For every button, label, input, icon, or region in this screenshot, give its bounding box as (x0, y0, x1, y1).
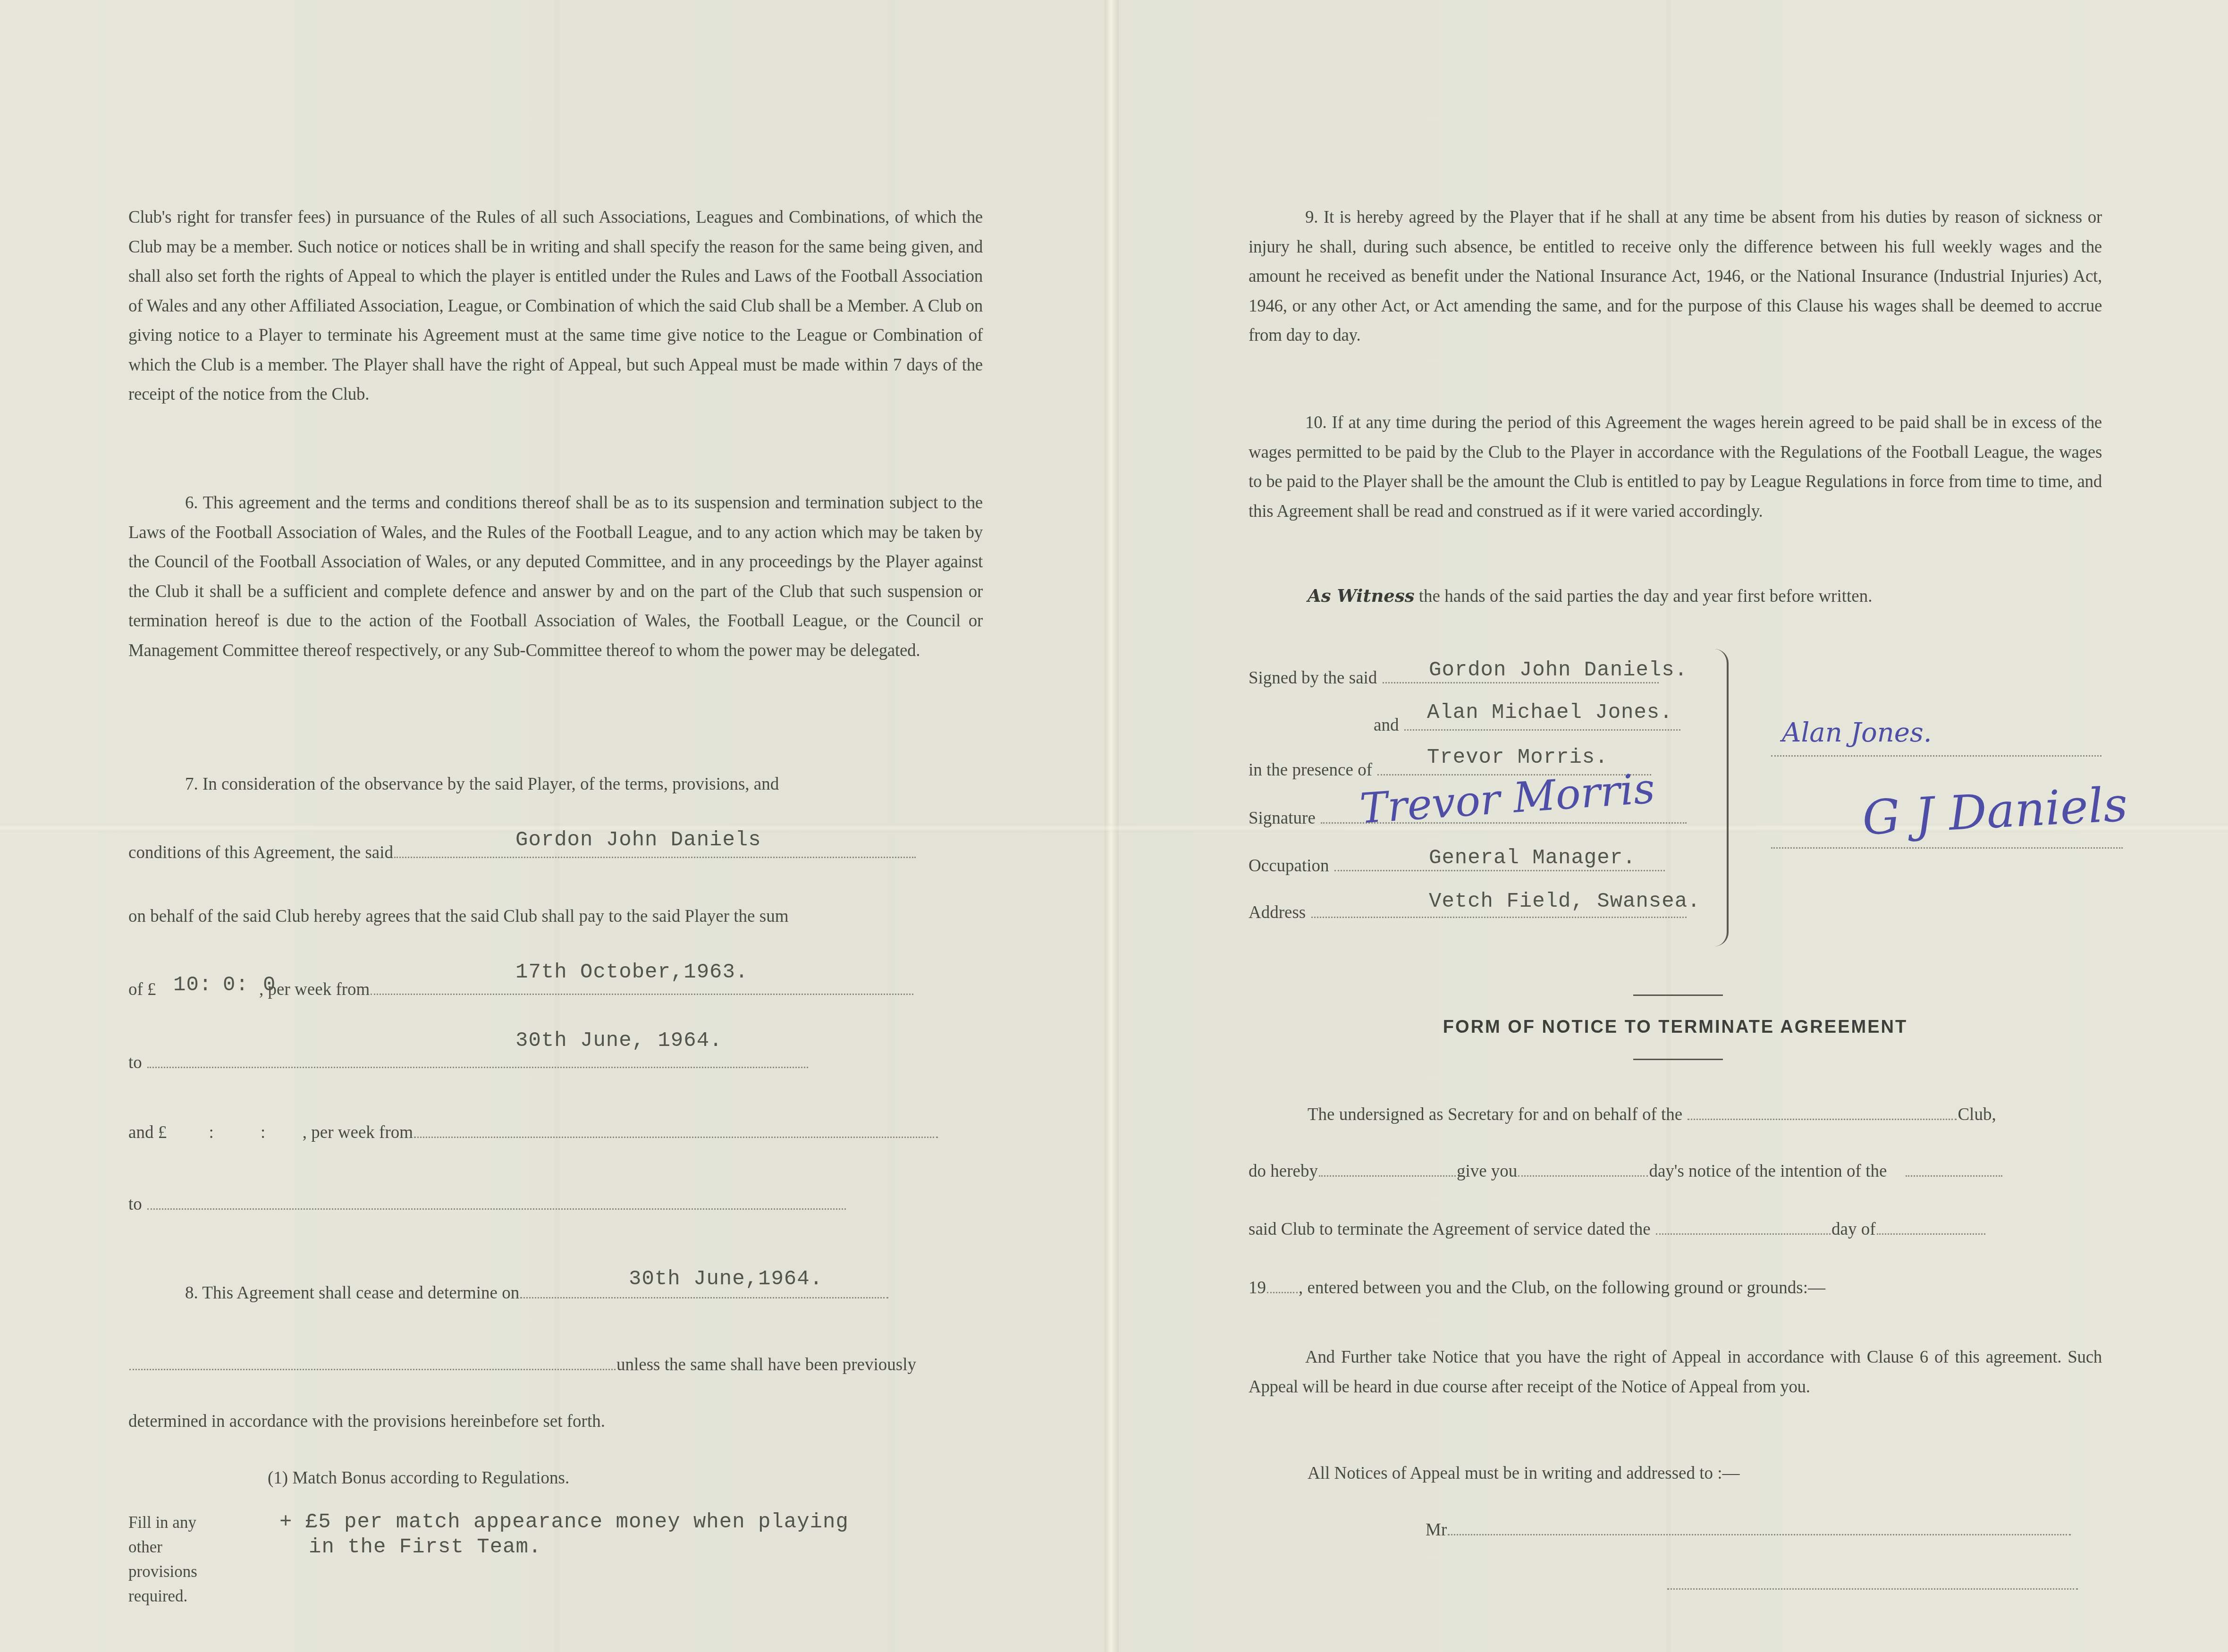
presence-label: in the presence of (1249, 760, 1372, 780)
notice-secretary-text: The undersigned as Secretary for and on … (1308, 1105, 1682, 1124)
presence-row: in the presence of (1249, 760, 2102, 780)
wage-shillings: 0: (223, 973, 249, 997)
side-label-line: other (128, 1535, 197, 1559)
witness-text: the hands of the said parties the day an… (1415, 587, 1873, 606)
days-dotted-line (1518, 1175, 1648, 1177)
address-dotted-line (1311, 917, 1687, 918)
address-label: Address (1249, 903, 1306, 922)
do-hereby-label: do hereby (1249, 1162, 1318, 1181)
notice-title: FORM OF NOTICE TO TERMINATE AGREEMENT (1249, 1017, 2102, 1037)
occupation-row: Occupation (1249, 856, 2102, 876)
signed-by-dotted-line (1383, 682, 1659, 683)
clause-5-continued: Club's right for transfer fees) in pursu… (128, 203, 983, 410)
appeal-address-line-2 (1667, 1588, 2078, 1590)
clause-8-determined: determined in accordance with the provis… (128, 1411, 983, 1432)
to-label: to (128, 1053, 142, 1072)
mr-label: Mr (1426, 1520, 1447, 1540)
and-pound-label: and £ (128, 1123, 167, 1142)
wage-from-date: 17th October,1963. (515, 961, 748, 984)
contract-end-date: 30th June,1964. (629, 1267, 823, 1291)
signature-label: Signature (1249, 809, 1316, 828)
mr-dotted-line (1448, 1534, 2071, 1535)
wage-pounds: 10: (173, 973, 212, 997)
and-name: Alan Michael Jones. (1427, 701, 1673, 725)
clause-8-field: 8. This Agreement shall cease and determ… (128, 1283, 983, 1303)
divider-top (1633, 995, 1723, 996)
alan-jones-signature: Alan Jones. (1782, 717, 1932, 748)
of-pound-label: of £ (128, 980, 156, 999)
to-date-dotted-line (147, 1067, 808, 1068)
per-week-from-label-2: , per week from (303, 1123, 413, 1142)
player-name-typed: Gordon John Daniels (515, 828, 761, 852)
notice-all-notices: All Notices of Appeal must be in writing… (1308, 1463, 2102, 1483)
divider-bottom (1633, 1059, 1723, 1060)
clause-10: 10. If at any time during the period of … (1249, 408, 2102, 526)
witness-name: Trevor Morris. (1427, 746, 1608, 769)
fill-in-provisions-label: Fill in any other provisions required. (128, 1510, 197, 1609)
notice-further: And Further take Notice that you have th… (1249, 1343, 2102, 1402)
wage-pence: 0 (263, 973, 276, 997)
side-label-line: provisions (128, 1559, 197, 1584)
clause-8-unless: unless the same shall have been previous… (128, 1355, 983, 1375)
second-wage-field: and £ : : , per week from (128, 1122, 983, 1143)
grounds-text: , entered between you and the Club, on t… (1299, 1278, 1825, 1298)
end-date-dotted-line (520, 1297, 888, 1298)
player-signature-line-2 (1771, 847, 2123, 849)
clause-7-intro: 7. In consideration of the observance by… (128, 774, 983, 794)
occupation-label: Occupation (1249, 856, 1329, 876)
year-dotted-line (1267, 1292, 1298, 1293)
clause-6: 6. This agreement and the terms and cond… (128, 489, 983, 666)
notice-line-4: 19, entered between you and the Club, on… (1249, 1278, 2102, 1298)
give-you-label: give you (1457, 1162, 1517, 1181)
provision-match-bonus: (1) Match Bonus according to Regulations… (268, 1468, 983, 1488)
wage-to-field: to (128, 1053, 983, 1073)
to-label-2: to (128, 1195, 142, 1214)
from-date-dotted-line (371, 994, 913, 995)
occupation-dotted-line (1334, 870, 1665, 871)
agreement-dated-text: said Club to terminate the Agreement of … (1249, 1220, 1651, 1239)
unless-dotted-line (129, 1369, 616, 1370)
and-label: and (1374, 716, 1399, 735)
provision-appearance-money-line1: + £5 per match appearance money when pla… (279, 1510, 849, 1534)
clause-6-text: 6. This agreement and the terms and cond… (128, 493, 983, 660)
signed-by-name: Gordon John Daniels. (1429, 658, 1688, 682)
clause-9-text: 9. It is hereby agreed by the Player tha… (1249, 208, 2102, 345)
club-name-dotted-line (1688, 1119, 1957, 1120)
clause-10-text: 10. If at any time during the period of … (1249, 413, 2102, 521)
month-dotted-line (1877, 1233, 1985, 1235)
clause-7-behalf-line: on behalf of the said Club hereby agrees… (128, 906, 983, 927)
address-value: Vetch Field, Swansea. (1429, 890, 1701, 913)
notice-line-1: The undersigned as Secretary for and on … (1308, 1104, 2102, 1125)
clause-7-intro-text: 7. In consideration of the observance by… (185, 775, 779, 794)
witness-clause: As Witness the hands of the said parties… (1308, 585, 2102, 607)
further-text: And Further take Notice that you have th… (1249, 1348, 2102, 1397)
second-to-field: to (128, 1194, 983, 1214)
clause-9: 9. It is hereby agreed by the Player tha… (1249, 203, 2102, 351)
and-dotted-line (1404, 729, 1680, 731)
side-label-line: required. (128, 1584, 197, 1609)
intention-dotted-line (1906, 1175, 2002, 1177)
unless-text: unless the same shall have been previous… (616, 1355, 916, 1374)
colon: : (209, 1123, 213, 1142)
dated-dotted-line (1656, 1233, 1831, 1235)
day-of-label: day of (1831, 1220, 1876, 1239)
provision-appearance-money-line2: in the First Team. (309, 1535, 541, 1559)
signing-brace (1713, 649, 1729, 946)
notice-line-2: do herebygive youday's notice of the int… (1249, 1161, 2102, 1181)
appeal-address-mr: Mr (1426, 1520, 2102, 1540)
side-label-line: Fill in any (128, 1510, 197, 1535)
conditions-label: conditions of this Agreement, the said (128, 843, 393, 862)
occupation-value: General Manager. (1429, 846, 1636, 870)
second-to-dotted-line (147, 1208, 846, 1210)
player-name-dotted-line (394, 857, 916, 858)
club-label: Club, (1958, 1105, 1996, 1124)
wage-to-date: 30th June, 1964. (515, 1029, 722, 1053)
notice-line-3: said Club to terminate the Agreement of … (1249, 1219, 2102, 1239)
do-hereby-dotted-line (1319, 1175, 1456, 1177)
signed-by-label: Signed by the said (1249, 668, 1377, 688)
year-prefix: 19 (1249, 1278, 1266, 1298)
second-from-dotted-line (414, 1137, 938, 1138)
intention-text: day's notice of the intention of the (1649, 1162, 1887, 1181)
clause-8-label: 8. This Agreement shall cease and determ… (185, 1283, 519, 1303)
witness-gothic-text: As Witness (1308, 585, 1415, 606)
colon: : (261, 1123, 265, 1142)
player-signature-line-1 (1771, 755, 2101, 757)
